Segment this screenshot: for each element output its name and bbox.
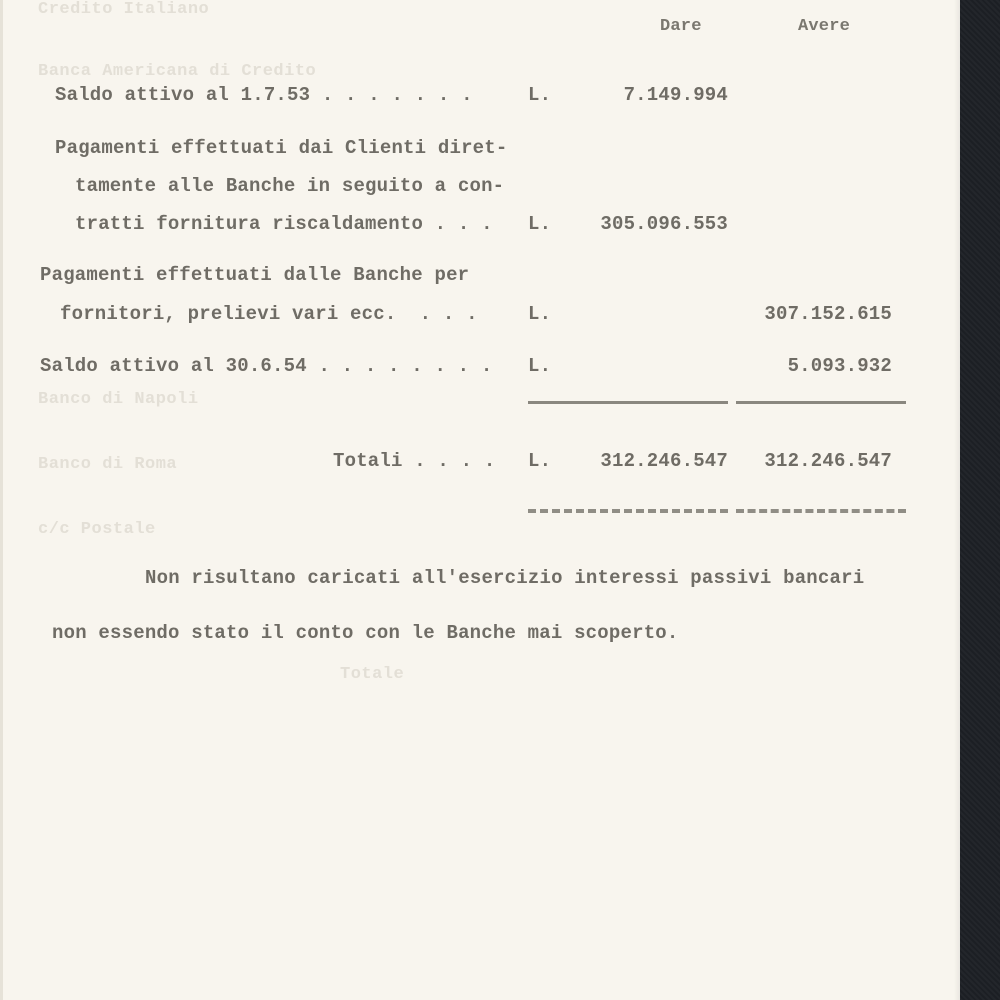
subtotal-rule-dare (528, 401, 728, 404)
bleed-through-text: Totale (340, 665, 404, 684)
row-description-line: Pagamenti effettuati dalle Banche per (40, 264, 469, 286)
total-double-rule-avere (736, 509, 906, 513)
totals-dare-amount: 312.246.547 (560, 450, 728, 472)
row-description-line: tratti fornitura riscaldamento . . . (75, 213, 493, 235)
row-avere-amount: 307.152.615 (720, 303, 892, 325)
totals-currency: L. (528, 450, 551, 472)
row-avere-amount: 5.093.932 (720, 355, 892, 377)
totals-avere-amount: 312.246.547 (720, 450, 892, 472)
column-header-avere: Avere (798, 17, 850, 36)
row-description-line: tamente alle Banche in seguito a con- (75, 175, 504, 197)
row-currency: L. (528, 355, 551, 377)
column-header-dare: Dare (660, 17, 702, 36)
dark-background-binding (960, 0, 1000, 1000)
row-dare-amount: 305.096.553 (560, 213, 728, 235)
row-description-line: Pagamenti effettuati dai Clienti diret- (55, 137, 507, 159)
row-currency: L. (528, 213, 551, 235)
row-currency: L. (528, 84, 551, 106)
total-double-rule-dare (528, 509, 728, 513)
bleed-through-text: Credito Italiano (38, 0, 209, 19)
row-dare-amount: 7.149.994 (560, 84, 728, 106)
document-page: Credito Italiano Banca Americana di Cred… (0, 0, 960, 1000)
note-line-1: Non risultano caricati all'esercizio int… (145, 567, 864, 589)
bleed-through-text: Banco di Roma (38, 455, 177, 474)
bleed-through-text: Banca Americana di Credito (38, 62, 316, 81)
bleed-through-text: c/c Postale (38, 520, 156, 539)
totals-label: Totali . . . . (333, 450, 495, 472)
row-currency: L. (528, 303, 551, 325)
row-description: Saldo attivo al 30.6.54 . . . . . . . . (40, 355, 492, 377)
page-left-edge (0, 0, 3, 1000)
bleed-through-text: Banco di Napoli (38, 390, 199, 409)
row-description: Saldo attivo al 1.7.53 . . . . . . . (55, 84, 473, 106)
row-description-line: fornitori, prelievi vari ecc. . . . (60, 303, 478, 325)
subtotal-rule-avere (736, 401, 906, 404)
note-line-2: non essendo stato il conto con le Banche… (52, 622, 679, 644)
